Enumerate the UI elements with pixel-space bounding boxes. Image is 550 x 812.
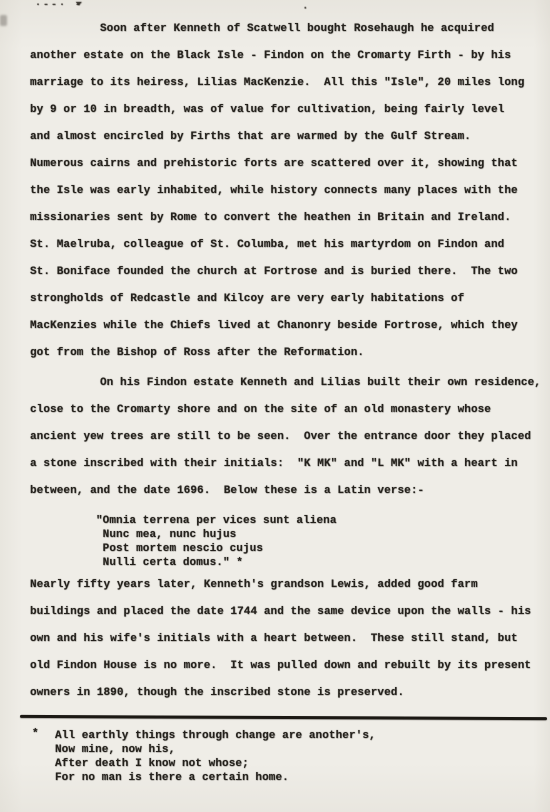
paragraph-fifty-years-later: Nearly fifty years later, Kenneth's gran… — [30, 572, 542, 707]
scanned-document-page: ·--· - ▾ · Soon after Kenneth of Scatwel… — [0, 0, 550, 812]
latin-verse-block: "Omnia terrena per vices sunt aliena Nun… — [96, 514, 542, 570]
text-line: MacKenzies while the Chiefs lived at Cha… — [30, 313, 542, 340]
text-line: another estate on the Black Isle - Findo… — [30, 43, 542, 70]
document-content: Soon after Kenneth of Scatwell bought Ro… — [30, 0, 542, 785]
scan-edge-smudge — [0, 15, 7, 26]
text-line: St. Maelruba, colleague of St. Columba, … — [30, 232, 542, 259]
text-line: buildings and placed the date 1744 and t… — [30, 599, 542, 626]
text-line: the Isle was early inhabited, while hist… — [30, 178, 542, 205]
text-line: Now mine, now his, — [55, 743, 542, 757]
footnote-asterisk: * — [32, 728, 39, 740]
text-line: a stone inscribed with their initials: "… — [30, 451, 542, 478]
text-line: Numerous cairns and prehistoric forts ar… — [30, 151, 542, 178]
text-line: between, and the date 1696. Below these … — [30, 478, 542, 505]
text-line: strongholds of Redcastle and Kilcoy are … — [30, 286, 542, 313]
text-line: For no man is there a certain home. — [55, 771, 542, 785]
text-line: Nearly fifty years later, Kenneth's gran… — [30, 572, 542, 599]
text-line: After death I know not whose; — [55, 757, 542, 771]
text-line: missionaries sent by Rome to convert the… — [30, 205, 542, 232]
text-line: old Findon House is no more. It was pull… — [30, 653, 542, 680]
paragraph-findon-estate-acquired: Soon after Kenneth of Scatwell bought Ro… — [30, 16, 542, 367]
text-line: got from the Bishop of Ross after the Re… — [30, 340, 542, 367]
text-line: Nunc mea, nunc hujus — [96, 528, 542, 542]
footnote-divider-rule — [20, 715, 547, 720]
text-line: Nulli certa domus." * — [96, 556, 542, 570]
footnote-block: * All earthly things through change are … — [30, 729, 542, 785]
text-line: All earthly things through change are an… — [55, 729, 542, 743]
text-line: close to the Cromarty shore and on the s… — [30, 397, 542, 424]
text-line: Soon after Kenneth of Scatwell bought Ro… — [30, 16, 542, 43]
text-line: St. Boniface founded the church at Fortr… — [30, 259, 542, 286]
text-line: own and his wife's initials with a heart… — [30, 626, 542, 653]
text-line: marriage to its heiress, Lilias MacKenzi… — [30, 70, 542, 97]
text-line: and almost encircled by Firths that are … — [30, 124, 542, 151]
text-line: Post mortem nescio cujus — [96, 542, 542, 556]
text-line: owners in 1890, though the inscribed sto… — [30, 680, 542, 707]
text-line: "Omnia terrena per vices sunt aliena — [96, 514, 542, 528]
text-line: On his Findon estate Kenneth and Lilias … — [30, 370, 542, 397]
footnote-translation-text: All earthly things through change are an… — [55, 729, 542, 785]
text-line: by 9 or 10 in breadth, was of value for … — [30, 97, 542, 124]
paragraph-residence-built: On his Findon estate Kenneth and Lilias … — [30, 370, 542, 505]
text-line: ancient yew trees are still to be seen. … — [30, 424, 542, 451]
